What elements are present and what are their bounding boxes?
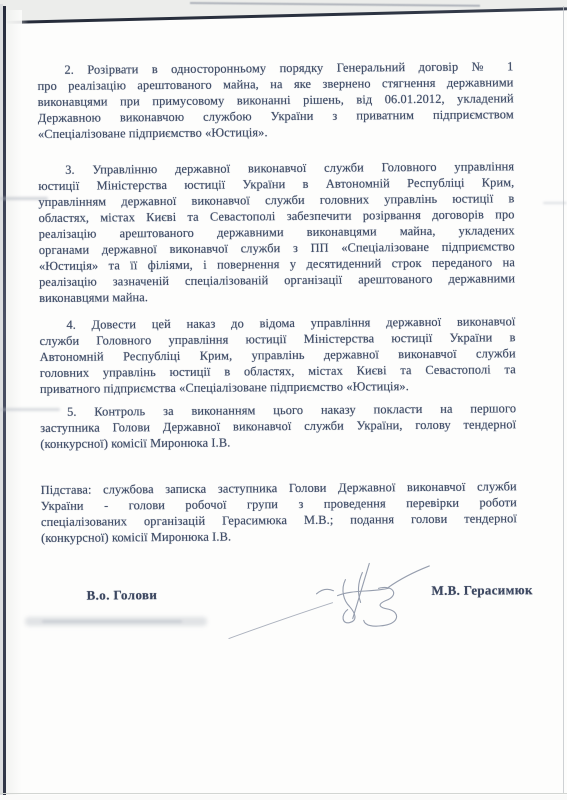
document-line: «Спеціалізоване підприємство «Юстиція».	[38, 122, 514, 142]
signatory-name: М.В. Герасимюк	[431, 582, 532, 599]
document-line: виконавцями майна.	[39, 286, 515, 306]
paragraph-3: 3. Управлінню державної виконавчої служб…	[38, 158, 515, 306]
handwritten-signature	[216, 555, 447, 647]
scanned-page: В.о. Голови М.В. Герасимюк 2. Розірвати …	[0, 0, 567, 800]
paragraph-5: 5. Контроль за виконанням цього наказу п…	[40, 400, 516, 452]
paragraph-2: 2. Розірвати в односторонньому порядку Г…	[37, 58, 514, 142]
document-line: (конкурсної) комісії Миронюка І.В.	[40, 432, 516, 452]
signatory-title: В.о. Голови	[86, 587, 157, 604]
basis-note: Підстава: службова записка заступника Го…	[41, 478, 517, 546]
document-line: приватного підприємства «Спеціалізоване …	[40, 377, 516, 397]
document-text: В.о. Голови М.В. Герасимюк 2. Розірвати …	[0, 0, 567, 800]
document-line: (конкурсної) комісії Миронюка І.В.	[41, 526, 517, 546]
paragraph-4: 4. Довести цей наказ до відома управлінн…	[39, 313, 516, 397]
